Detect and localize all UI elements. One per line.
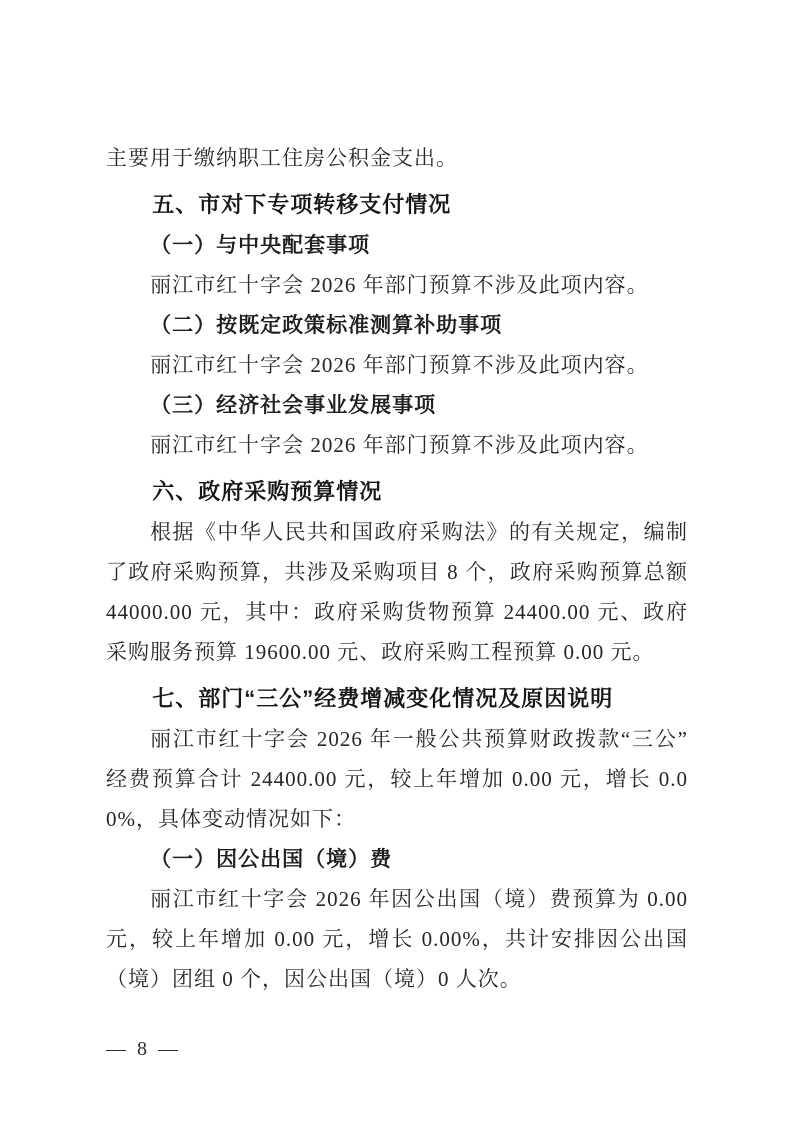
body-paragraph: 丽江市红十字会 2026 年一般公共预算财政拨款“三公”经费预算合计 24400… xyxy=(106,719,688,839)
sub-heading: （二）按既定政策标准测算补助事项 xyxy=(106,305,688,345)
sub-heading: （一）与中央配套事项 xyxy=(106,225,688,265)
body-paragraph: 丽江市红十字会 2026 年部门预算不涉及此项内容。 xyxy=(106,265,688,305)
page-number: — 8 — xyxy=(106,1038,181,1060)
document-content: 主要用于缴纳职工住房公积金支出。五、市对下专项转移支付情况（一）与中央配套事项丽… xyxy=(106,138,688,999)
body-paragraph: 丽江市红十字会 2026 年部门预算不涉及此项内容。 xyxy=(106,425,688,465)
page-footer: — 8 — xyxy=(106,1036,181,1062)
section-heading: 五、市对下专项转移支付情况 xyxy=(106,185,688,225)
section-heading: 七、部门“三公”经费增减变化情况及原因说明 xyxy=(106,679,688,719)
body-paragraph-continued: 主要用于缴纳职工住房公积金支出。 xyxy=(106,138,688,178)
sub-heading: （一）因公出国（境）费 xyxy=(106,839,688,879)
body-paragraph: 丽江市红十字会 2026 年部门预算不涉及此项内容。 xyxy=(106,345,688,385)
sub-heading: （三）经济社会事业发展事项 xyxy=(106,385,688,425)
document-page: 主要用于缴纳职工住房公积金支出。五、市对下专项转移支付情况（一）与中央配套事项丽… xyxy=(0,0,793,1122)
body-paragraph: 丽江市红十字会 2026 年因公出国（境）费预算为 0.00 元，较上年增加 0… xyxy=(106,879,688,999)
body-paragraph: 根据《中华人民共和国政府采购法》的有关规定，编制了政府采购预算，共涉及采购项目 … xyxy=(106,512,688,672)
section-heading: 六、政府采购预算情况 xyxy=(106,472,688,512)
